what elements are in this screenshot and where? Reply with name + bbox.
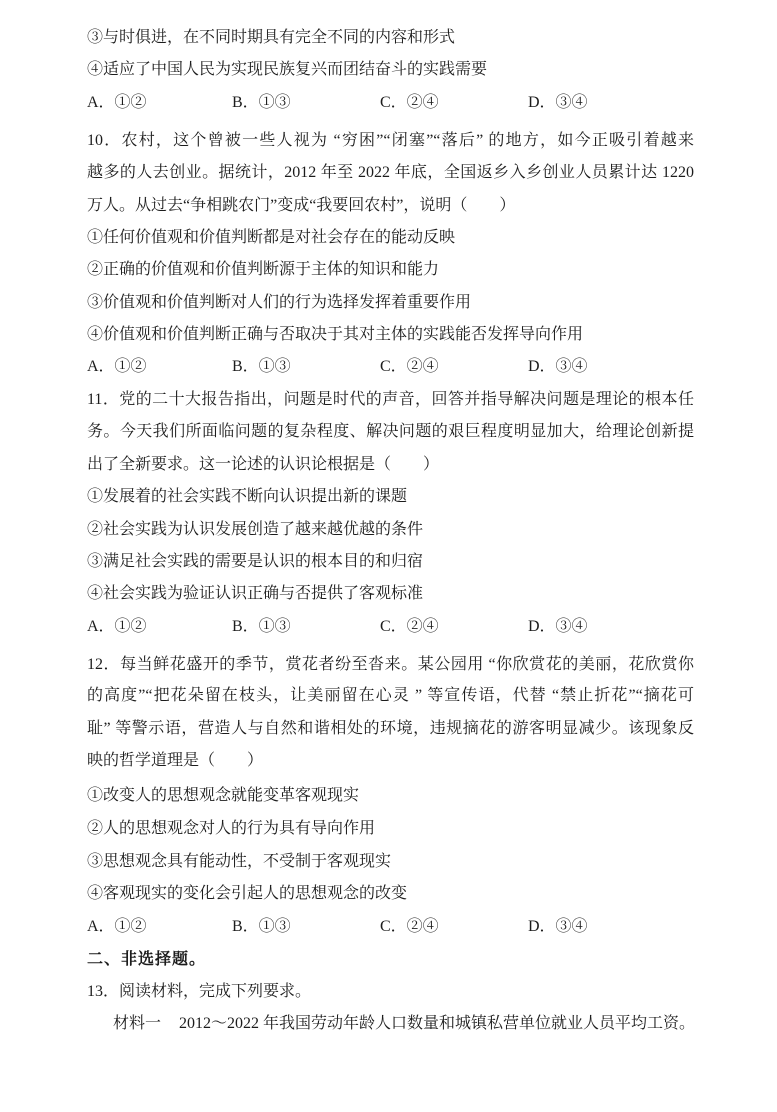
q11-choices-row: A．①② B．①③ C．②④ D．③④ bbox=[87, 615, 694, 639]
q10-choice-a: A．①② bbox=[87, 355, 232, 379]
q13-intro-line: 13．阅读材料，完成下列要求。 bbox=[87, 980, 694, 1004]
q9-choice-c: C．②④ bbox=[380, 91, 528, 115]
q11-stem-line-2: 务。今天我们所面临问题的复杂程度、解决问题的艰巨程度明显加大，给理论创新提 bbox=[87, 420, 694, 444]
q10-choice-d: D．③④ bbox=[528, 355, 694, 379]
exam-page: ③与时俱进，在不同时期具有完全不同的内容和形式 ④适应了中国人民为实现民族复兴而… bbox=[0, 0, 777, 1112]
q13-material-label: 材料一 bbox=[113, 1015, 161, 1032]
q10-stem-line-2: 越多的人去创业。据统计，2012 年至 2022 年底，全国返乡入乡创业人员累计… bbox=[87, 161, 694, 185]
q9-choices-row: A．①② B．①③ C．②④ D．③④ bbox=[87, 91, 694, 115]
q13-material-line: 材料一2012～2022 年我国劳动年龄人口数量和城镇私营单位就业人员平均工资。 bbox=[113, 1012, 694, 1036]
q9-option-4-line: ④适应了中国人民为实现民族复兴而团结奋斗的实践需要 bbox=[87, 58, 694, 82]
q12-option-2-line: ②人的思想观念对人的行为具有导向作用 bbox=[87, 817, 694, 841]
q12-stem-line-1: 12．每当鲜花盛开的季节，赏花者纷至沓来。某公园用 “你欣赏花的美丽，花欣赏你 bbox=[87, 653, 694, 677]
q10-choice-b: B．①③ bbox=[232, 355, 380, 379]
q10-option-3-line: ③价值观和价值判断对人们的行为选择发挥着重要作用 bbox=[87, 291, 694, 315]
q11-option-1-line: ①发展着的社会实践不断向认识提出新的课题 bbox=[87, 485, 694, 509]
q12-choices-row: A．①② B．①③ C．②④ D．③④ bbox=[87, 915, 694, 939]
q9-choice-a: A．①② bbox=[87, 91, 232, 115]
q11-option-4-line: ④社会实践为验证认识正确与否提供了客观标准 bbox=[87, 582, 694, 606]
q10-option-1-line: ①任何价值观和价值判断都是对社会存在的能动反映 bbox=[87, 226, 694, 250]
q12-option-4-line: ④客观现实的变化会引起人的思想观念的改变 bbox=[87, 882, 694, 906]
section-two-heading: 二、非选择题。 bbox=[87, 948, 694, 972]
q12-stem-line-4: 映的哲学道理是（ ） bbox=[87, 749, 694, 773]
q11-choice-b: B．①③ bbox=[232, 615, 380, 639]
q12-option-1-line: ①改变人的思想观念就能变革客观现实 bbox=[87, 784, 694, 808]
q11-stem-line-1: 11．党的二十大报告指出，问题是时代的声音，回答并指导解决问题是理论的根本任 bbox=[87, 388, 694, 412]
q9-option-3-line: ③与时俱进，在不同时期具有完全不同的内容和形式 bbox=[87, 26, 694, 50]
q12-option-3-line: ③思想观念具有能动性，不受制于客观现实 bbox=[87, 850, 694, 874]
q12-choice-d: D．③④ bbox=[528, 915, 694, 939]
q13-material-text: 2012～2022 年我国劳动年龄人口数量和城镇私营单位就业人员平均工资。 bbox=[179, 1015, 695, 1032]
q10-stem-line-1: 10．农村，这个曾被一些人视为 “穷困”“闭塞”“落后” 的地方，如今正吸引着越… bbox=[87, 129, 694, 153]
q11-option-2-line: ②社会实践为认识发展创造了越来越优越的条件 bbox=[87, 518, 694, 542]
q12-stem-line-2: 的高度”“把花朵留在枝头，让美丽留在心灵 ” 等宣传语，代替 “禁止折花”“摘花… bbox=[87, 684, 694, 708]
q10-option-4-line: ④价值观和价值判断正确与否取决于其对主体的实践能否发挥导向作用 bbox=[87, 323, 694, 347]
q12-choice-a: A．①② bbox=[87, 915, 232, 939]
q11-option-3-line: ③满足社会实践的需要是认识的根本目的和归宿 bbox=[87, 550, 694, 574]
q12-choice-b: B．①③ bbox=[232, 915, 380, 939]
q11-choice-a: A．①② bbox=[87, 615, 232, 639]
q12-stem-line-3: 耻” 等警示语，营造人与自然和谐相处的环境，违规摘花的游客明显减少。该现象反 bbox=[87, 717, 694, 741]
q10-stem-line-3: 万人。从过去“争相跳农门”变成“我要回农村”，说明（ ） bbox=[87, 194, 694, 218]
q9-choice-d: D．③④ bbox=[528, 91, 694, 115]
q12-choice-c: C．②④ bbox=[380, 915, 528, 939]
q9-choice-b: B．①③ bbox=[232, 91, 380, 115]
q11-stem-line-3: 出了全新要求。这一论述的认识论根据是（ ） bbox=[87, 453, 694, 477]
q11-choice-d: D．③④ bbox=[528, 615, 694, 639]
q10-choice-c: C．②④ bbox=[380, 355, 528, 379]
q10-choices-row: A．①② B．①③ C．②④ D．③④ bbox=[87, 355, 694, 379]
q11-choice-c: C．②④ bbox=[380, 615, 528, 639]
q10-option-2-line: ②正确的价值观和价值判断源于主体的知识和能力 bbox=[87, 258, 694, 282]
